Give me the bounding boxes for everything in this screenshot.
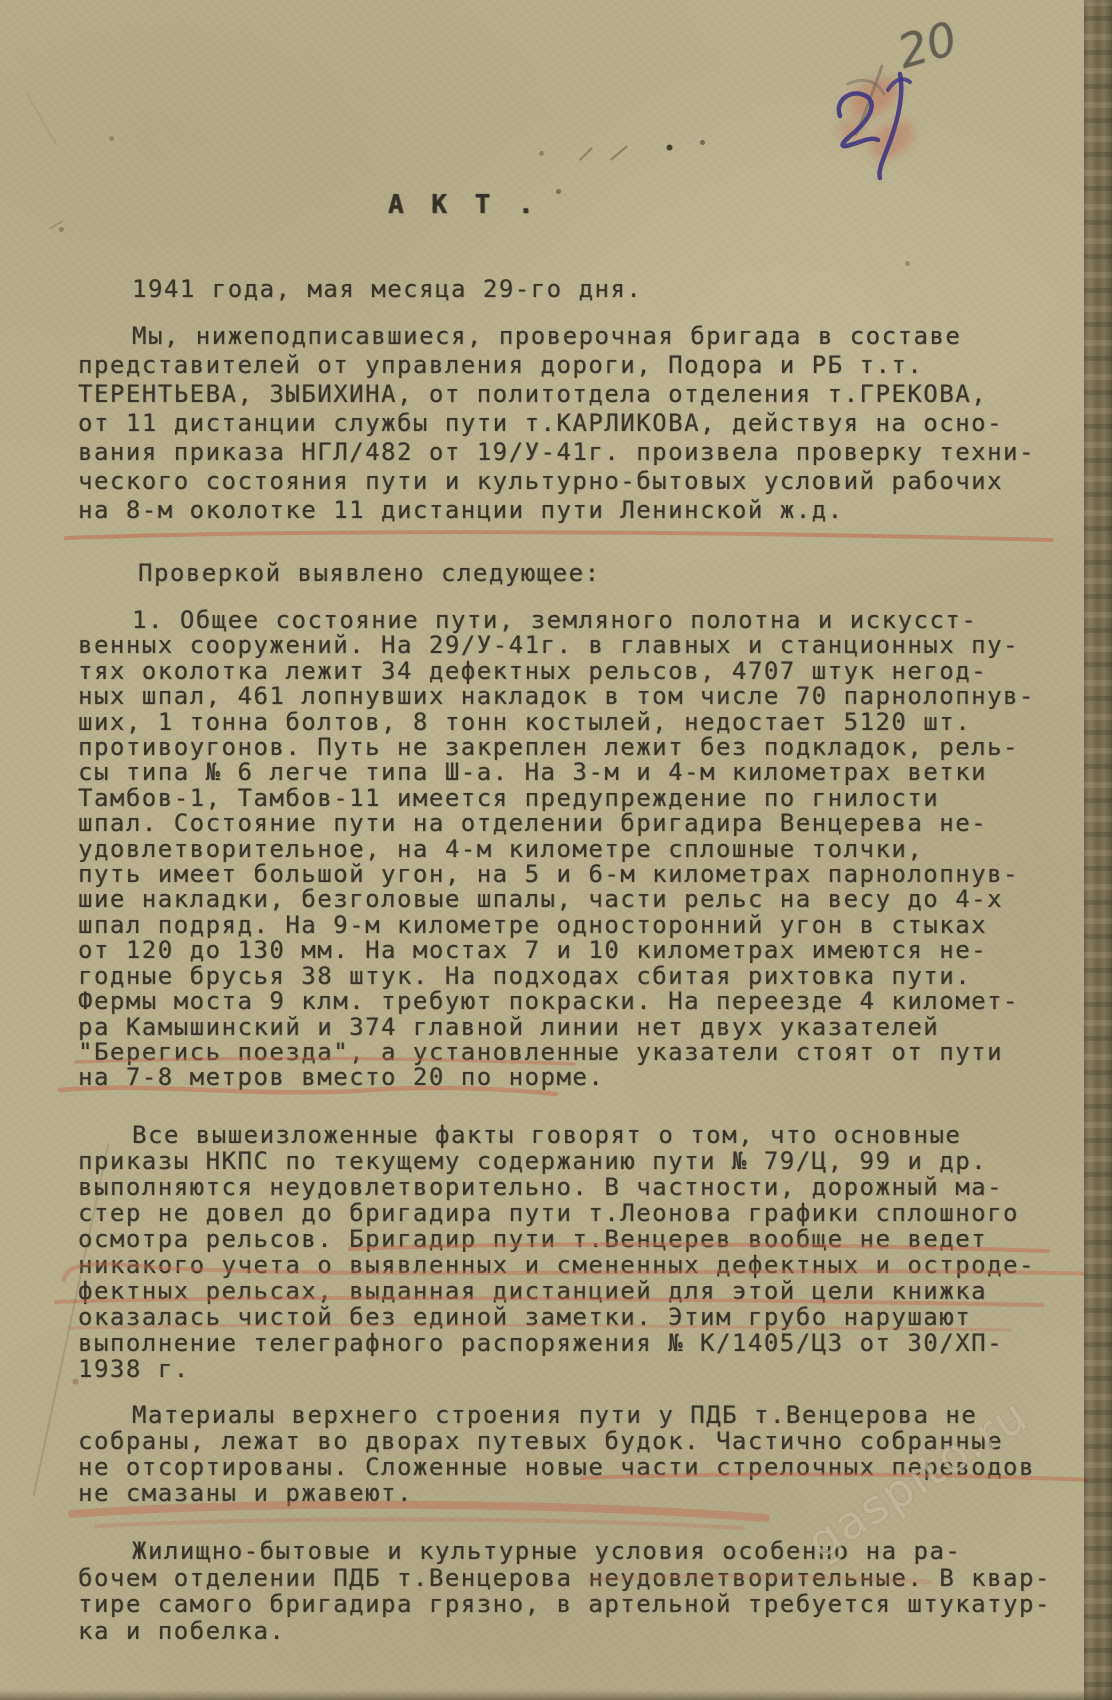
section-heading: Проверкой выявлено следующее: <box>78 560 1088 586</box>
paragraph-intro: Мы, нижеподписавшиеся, проверочная брига… <box>78 322 1088 525</box>
scanned-document-page: 20 А К Т . 1941 года, мая месяца 29-го д… <box>0 0 1112 1700</box>
page-number-pencil: 20 <box>892 11 963 79</box>
paper-scratch <box>579 147 593 161</box>
paragraph-housing: Жилищно-бытовые и культурные условия осо… <box>78 1538 1088 1644</box>
paper-scratch <box>610 145 628 161</box>
paper-crease <box>25 92 57 145</box>
page-number-ink-mark <box>812 60 952 182</box>
paper-scratch <box>49 221 62 230</box>
paragraph-item1: 1. Общее состояние пути, земляного полот… <box>78 608 1088 1091</box>
right-page-edge <box>1084 0 1112 1700</box>
paper-specks <box>0 0 3 3</box>
paragraph-facts: Все вышеизложенные факты говорят о том, … <box>78 1122 1088 1382</box>
bottom-page-edge <box>0 1690 1112 1700</box>
document-title: А К Т . <box>388 192 540 218</box>
date-line: 1941 года, мая месяца 29-го дня. <box>78 276 1088 302</box>
